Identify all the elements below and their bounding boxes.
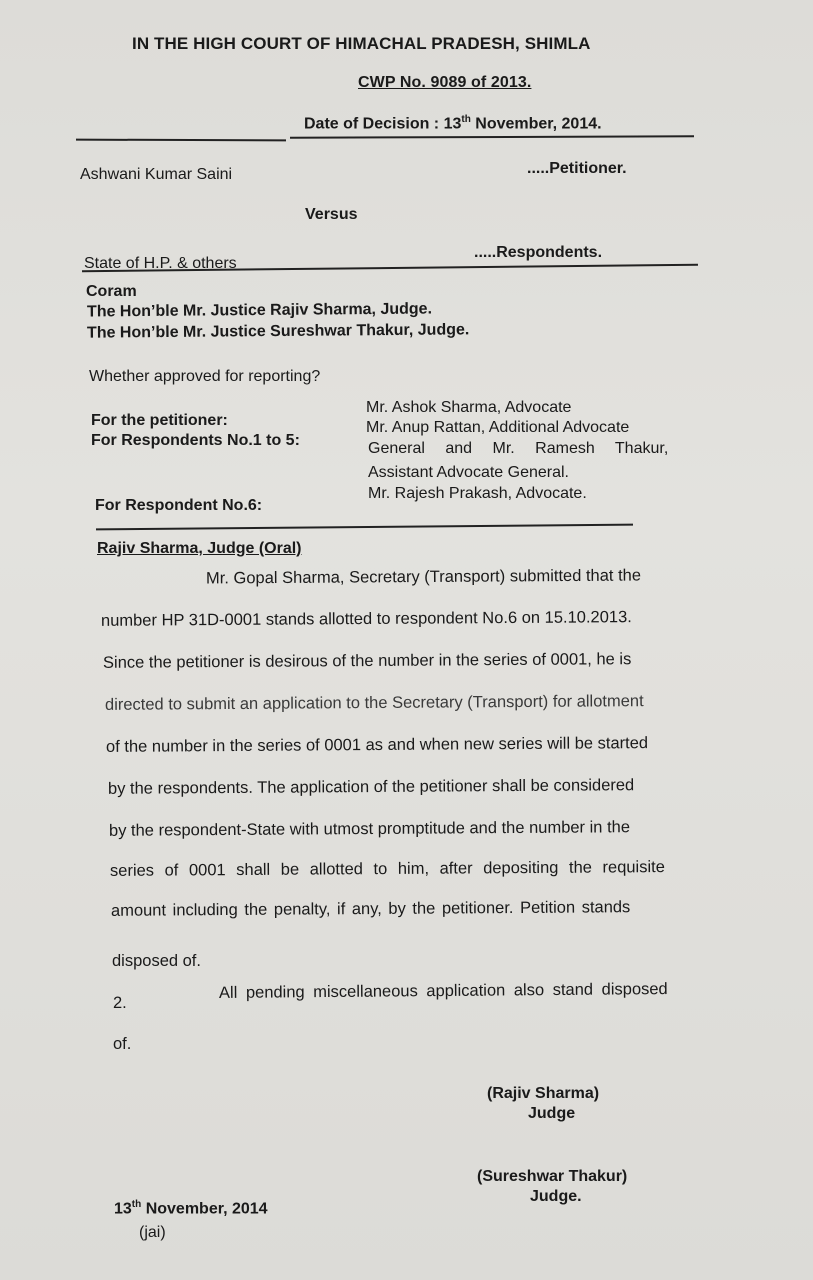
judge-2-signature-name: (Sureshwar Thakur): [477, 1168, 627, 1186]
coram-label: Coram: [86, 283, 137, 301]
document-page: IN THE HIGH COURT OF HIMACHAL PRADESH, S…: [0, 0, 813, 1280]
decision-date-label: Date of Decision : 13: [304, 115, 461, 132]
para-2-text: All pending miscellaneous application al…: [219, 980, 668, 1003]
petitioner-name: Ashwani Kumar Saini: [80, 166, 232, 184]
coram-judge-2: The Hon’ble Mr. Justice Sureshwar Thakur…: [87, 321, 469, 342]
respondent-6-label: For Respondent No.6:: [95, 497, 262, 515]
judgment-line-4: directed to submit an application to the…: [105, 692, 644, 715]
judgment-line-5: of the number in the series of 0001 as a…: [106, 734, 648, 757]
judgment-line-9: amount including the penalty, if any, by…: [111, 898, 630, 921]
decision-date-sup: th: [461, 114, 470, 125]
judgment-line-6: by the respondents. The application of t…: [108, 776, 634, 799]
appearances-rule: [96, 524, 633, 530]
para-2-number: 2.: [113, 994, 127, 1013]
judgment-line-8: series of 0001 shall be allotted to him,…: [110, 858, 665, 881]
petitioner-role: .....Petitioner.: [527, 160, 627, 178]
judge-2-signature-title: Judge.: [530, 1188, 582, 1206]
para-2-end: of.: [113, 1035, 131, 1054]
respondents-1-5-counsel-3: Assistant Advocate General.: [368, 464, 569, 482]
rule-right: [290, 135, 694, 138]
petitioner-counsel: Mr. Ashok Sharma, Advocate: [366, 399, 571, 417]
petitioner-counsel-label: For the petitioner:: [91, 412, 228, 430]
respondents-1-5-counsel-2: General and Mr. Ramesh Thakur,: [368, 440, 698, 458]
footer-date-day: 13: [114, 1200, 132, 1217]
respondents-1-5-counsel-1: Mr. Anup Rattan, Additional Advocate: [366, 419, 629, 437]
judgment-line-1: Mr. Gopal Sharma, Secretary (Transport) …: [206, 566, 641, 588]
judgment-line-3: Since the petitioner is desirous of the …: [103, 650, 631, 673]
judgment-line-2: number HP 31D-0001 stands allotted to re…: [101, 608, 632, 631]
rule-left: [76, 139, 286, 142]
judgment-line-7: by the respondent-State with utmost prom…: [109, 818, 630, 841]
versus-label: Versus: [305, 206, 357, 224]
judge-1-signature-name: (Rajiv Sharma): [487, 1085, 599, 1103]
footer-initials: (jai): [139, 1224, 166, 1242]
footer-date-sup: th: [132, 1199, 141, 1210]
decision-date: Date of Decision : 13th November, 2014.: [304, 114, 602, 133]
judge-1-signature-title: Judge: [528, 1105, 575, 1123]
judgment-line-10: disposed of.: [112, 952, 201, 971]
footer-date-rest: November, 2014: [141, 1200, 267, 1217]
reporting-question: Whether approved for reporting?: [89, 368, 320, 386]
respondents-1-5-label: For Respondents No.1 to 5:: [91, 432, 300, 450]
decision-date-rest: November, 2014.: [471, 115, 602, 132]
judgment-author: Rajiv Sharma, Judge (Oral): [97, 540, 302, 558]
respondent-6-counsel: Mr. Rajesh Prakash, Advocate.: [368, 485, 587, 503]
footer-date: 13th November, 2014: [114, 1199, 268, 1218]
respondent-role: .....Respondents.: [474, 244, 602, 262]
case-number: CWP No. 9089 of 2013.: [358, 74, 531, 92]
court-heading: IN THE HIGH COURT OF HIMACHAL PRADESH, S…: [132, 34, 590, 54]
coram-judge-1: The Hon’ble Mr. Justice Rajiv Sharma, Ju…: [87, 300, 432, 321]
